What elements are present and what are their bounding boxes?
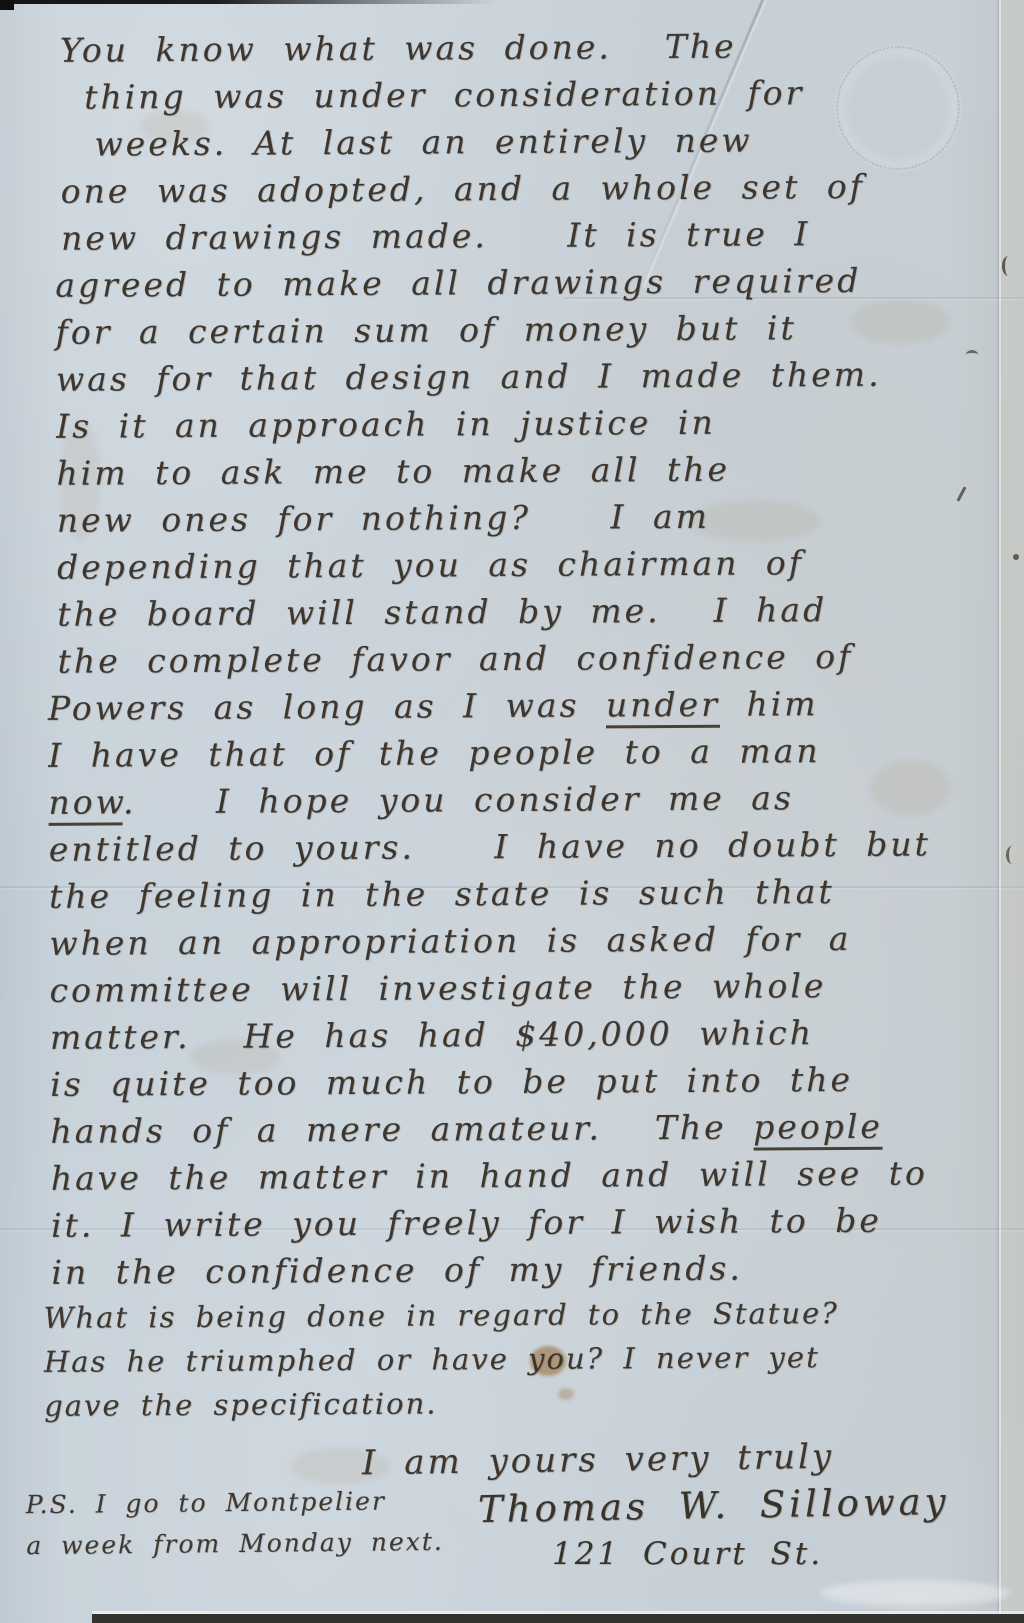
letter-text-segment: gave the specification. (44, 1386, 437, 1422)
postscript-line: a week from Monday next. (26, 1521, 444, 1566)
paper-highlight (820, 1580, 1010, 1606)
ink-speck (1002, 256, 1015, 276)
letter-text-segment: the complete favor and confidence of (57, 637, 853, 681)
letter-text-segment: was for that design and I made them. (56, 355, 882, 399)
letter-text-segment: new ones for nothing? I am (57, 497, 710, 540)
letter-line: now. I hope you consider me as (40, 773, 984, 826)
letter-line: one was adopted, and a whole set of (37, 162, 981, 215)
postscript: P.S. I go to Montpelier a week from Mond… (26, 1480, 444, 1566)
letter-text-segment: entitled to yours. I have no doubt but (49, 824, 931, 868)
underlined-word: under (606, 685, 720, 729)
letter-text-segment: new drawings made. It is true I (61, 214, 811, 258)
letter-line: thing was under consideration for (36, 68, 980, 121)
letter-page: You know what was done. Thething was und… (0, 0, 1024, 1623)
letter-line: agreed to make all drawings required (37, 256, 981, 309)
letter-text-segment: the board will stand by me. I had (57, 590, 827, 634)
letter-text-segment: in the confidence of my friends. (51, 1249, 743, 1292)
letter-text-segment: him to ask me to make all the (56, 450, 730, 493)
adjacent-page-edge (1001, 0, 1024, 1623)
letter-line: What is being done in regard to the Stat… (43, 1290, 987, 1340)
letter-line: weeks. At last an entirely new (36, 115, 980, 168)
letter-line: Is it an approach in justice in (38, 397, 982, 450)
page-fold-edge (999, 0, 1001, 1623)
letter-text-segment: hands of a mere amateur. The (50, 1108, 753, 1151)
letter-line: him to ask me to make all the (38, 444, 982, 497)
letter-line: gave the specification. (44, 1378, 988, 1428)
letter-line: hands of a mere amateur. The people (42, 1102, 986, 1155)
letter-text-segment: committee will investigate the whole (49, 966, 826, 1010)
letter-line: for a certain sum of money but it (37, 303, 981, 356)
letter-text-segment: matter. He has had $40,000 which (50, 1013, 814, 1057)
letter-text-segment: it. I write you freely for I wish to be (51, 1201, 882, 1245)
ink-speck (1006, 846, 1018, 864)
letter-line: have the matter in hand and will see to (43, 1149, 987, 1202)
letter-text-segment: the feeling in the state is such that (49, 872, 835, 916)
letter-text-segment: when an appropriation is asked for a (49, 919, 851, 963)
letter-text-segment: depending that you as chairman of (57, 543, 804, 587)
letter-line: matter. He has had $40,000 which (42, 1008, 986, 1061)
letter-line: the complete favor and confidence of (39, 632, 983, 685)
letter-text-segment: . I hope you consider me as (123, 778, 794, 821)
letter-line: when an appropriation is asked for a (41, 914, 985, 967)
letter-line: entitled to yours. I have no doubt but (41, 820, 985, 873)
letter-text-segment: What is being done in regard to the Stat… (44, 1296, 839, 1335)
letter-line: it. I write you freely for I wish to be (43, 1196, 987, 1249)
letter-text-segment: weeks. At last an entirely new (94, 121, 752, 164)
letter-text-segment: Powers as long as I was (48, 685, 606, 727)
letter-body: You know what was done. Thething was und… (36, 21, 989, 1428)
postscript-line: P.S. I go to Montpelier (26, 1480, 444, 1525)
letter-text-segment: for a certain sum of money but it (55, 308, 796, 352)
letter-line: You know what was done. The (36, 21, 980, 74)
underlined-word: now (48, 782, 123, 825)
letter-text-segment: have the matter in hand and will see to (51, 1153, 928, 1197)
letter-line: I have that of the people to a man (40, 726, 984, 779)
letter-line: is quite too much to be put into the (42, 1055, 986, 1108)
letter-line: the feeling in the state is such that (41, 867, 985, 920)
letter-line: was for that design and I made them. (38, 350, 982, 403)
letter-line: depending that you as chairman of (39, 538, 983, 591)
letter-text-segment: Has he triumphed or have you? I never ye… (44, 1340, 820, 1379)
ink-speck (1013, 554, 1019, 560)
signature: Thomas W. Silloway (478, 1480, 950, 1531)
letter-line: new ones for nothing? I am (39, 491, 983, 544)
letter-text-segment: Is it an approach in justice in (56, 403, 716, 446)
letter-line: new drawings made. It is true I (37, 209, 981, 262)
letter-line: Has he triumphed or have you? I never ye… (44, 1334, 988, 1384)
letter-text-segment: I have that of the people to a man (48, 731, 821, 775)
letter-line: Powers as long as I was under him (40, 679, 984, 732)
letter-line: the board will stand by me. I had (39, 585, 983, 638)
signature-address: 121 Court St. (552, 1536, 823, 1572)
letter-text-segment: is quite too much to be put into the (50, 1060, 853, 1104)
letter-text-segment: one was adopted, and a whole set of (61, 167, 865, 211)
letter-text-segment: agreed to make all drawings required (55, 261, 861, 305)
underlined-word: people (753, 1107, 883, 1151)
letter-line: committee will investigate the whole (41, 961, 985, 1014)
letter-line: in the confidence of my friends. (43, 1243, 987, 1296)
letter-text-segment: You know what was done. The (60, 27, 737, 70)
scan-edge-top (0, 0, 540, 4)
closing-line: I am yours very truly (362, 1437, 835, 1484)
scan-edge-bottom (92, 1614, 1024, 1623)
letter-text-segment: thing was under consideration for (84, 73, 804, 116)
letter-text-segment: him (720, 684, 819, 724)
scan-edge-top-corner (0, 0, 14, 10)
